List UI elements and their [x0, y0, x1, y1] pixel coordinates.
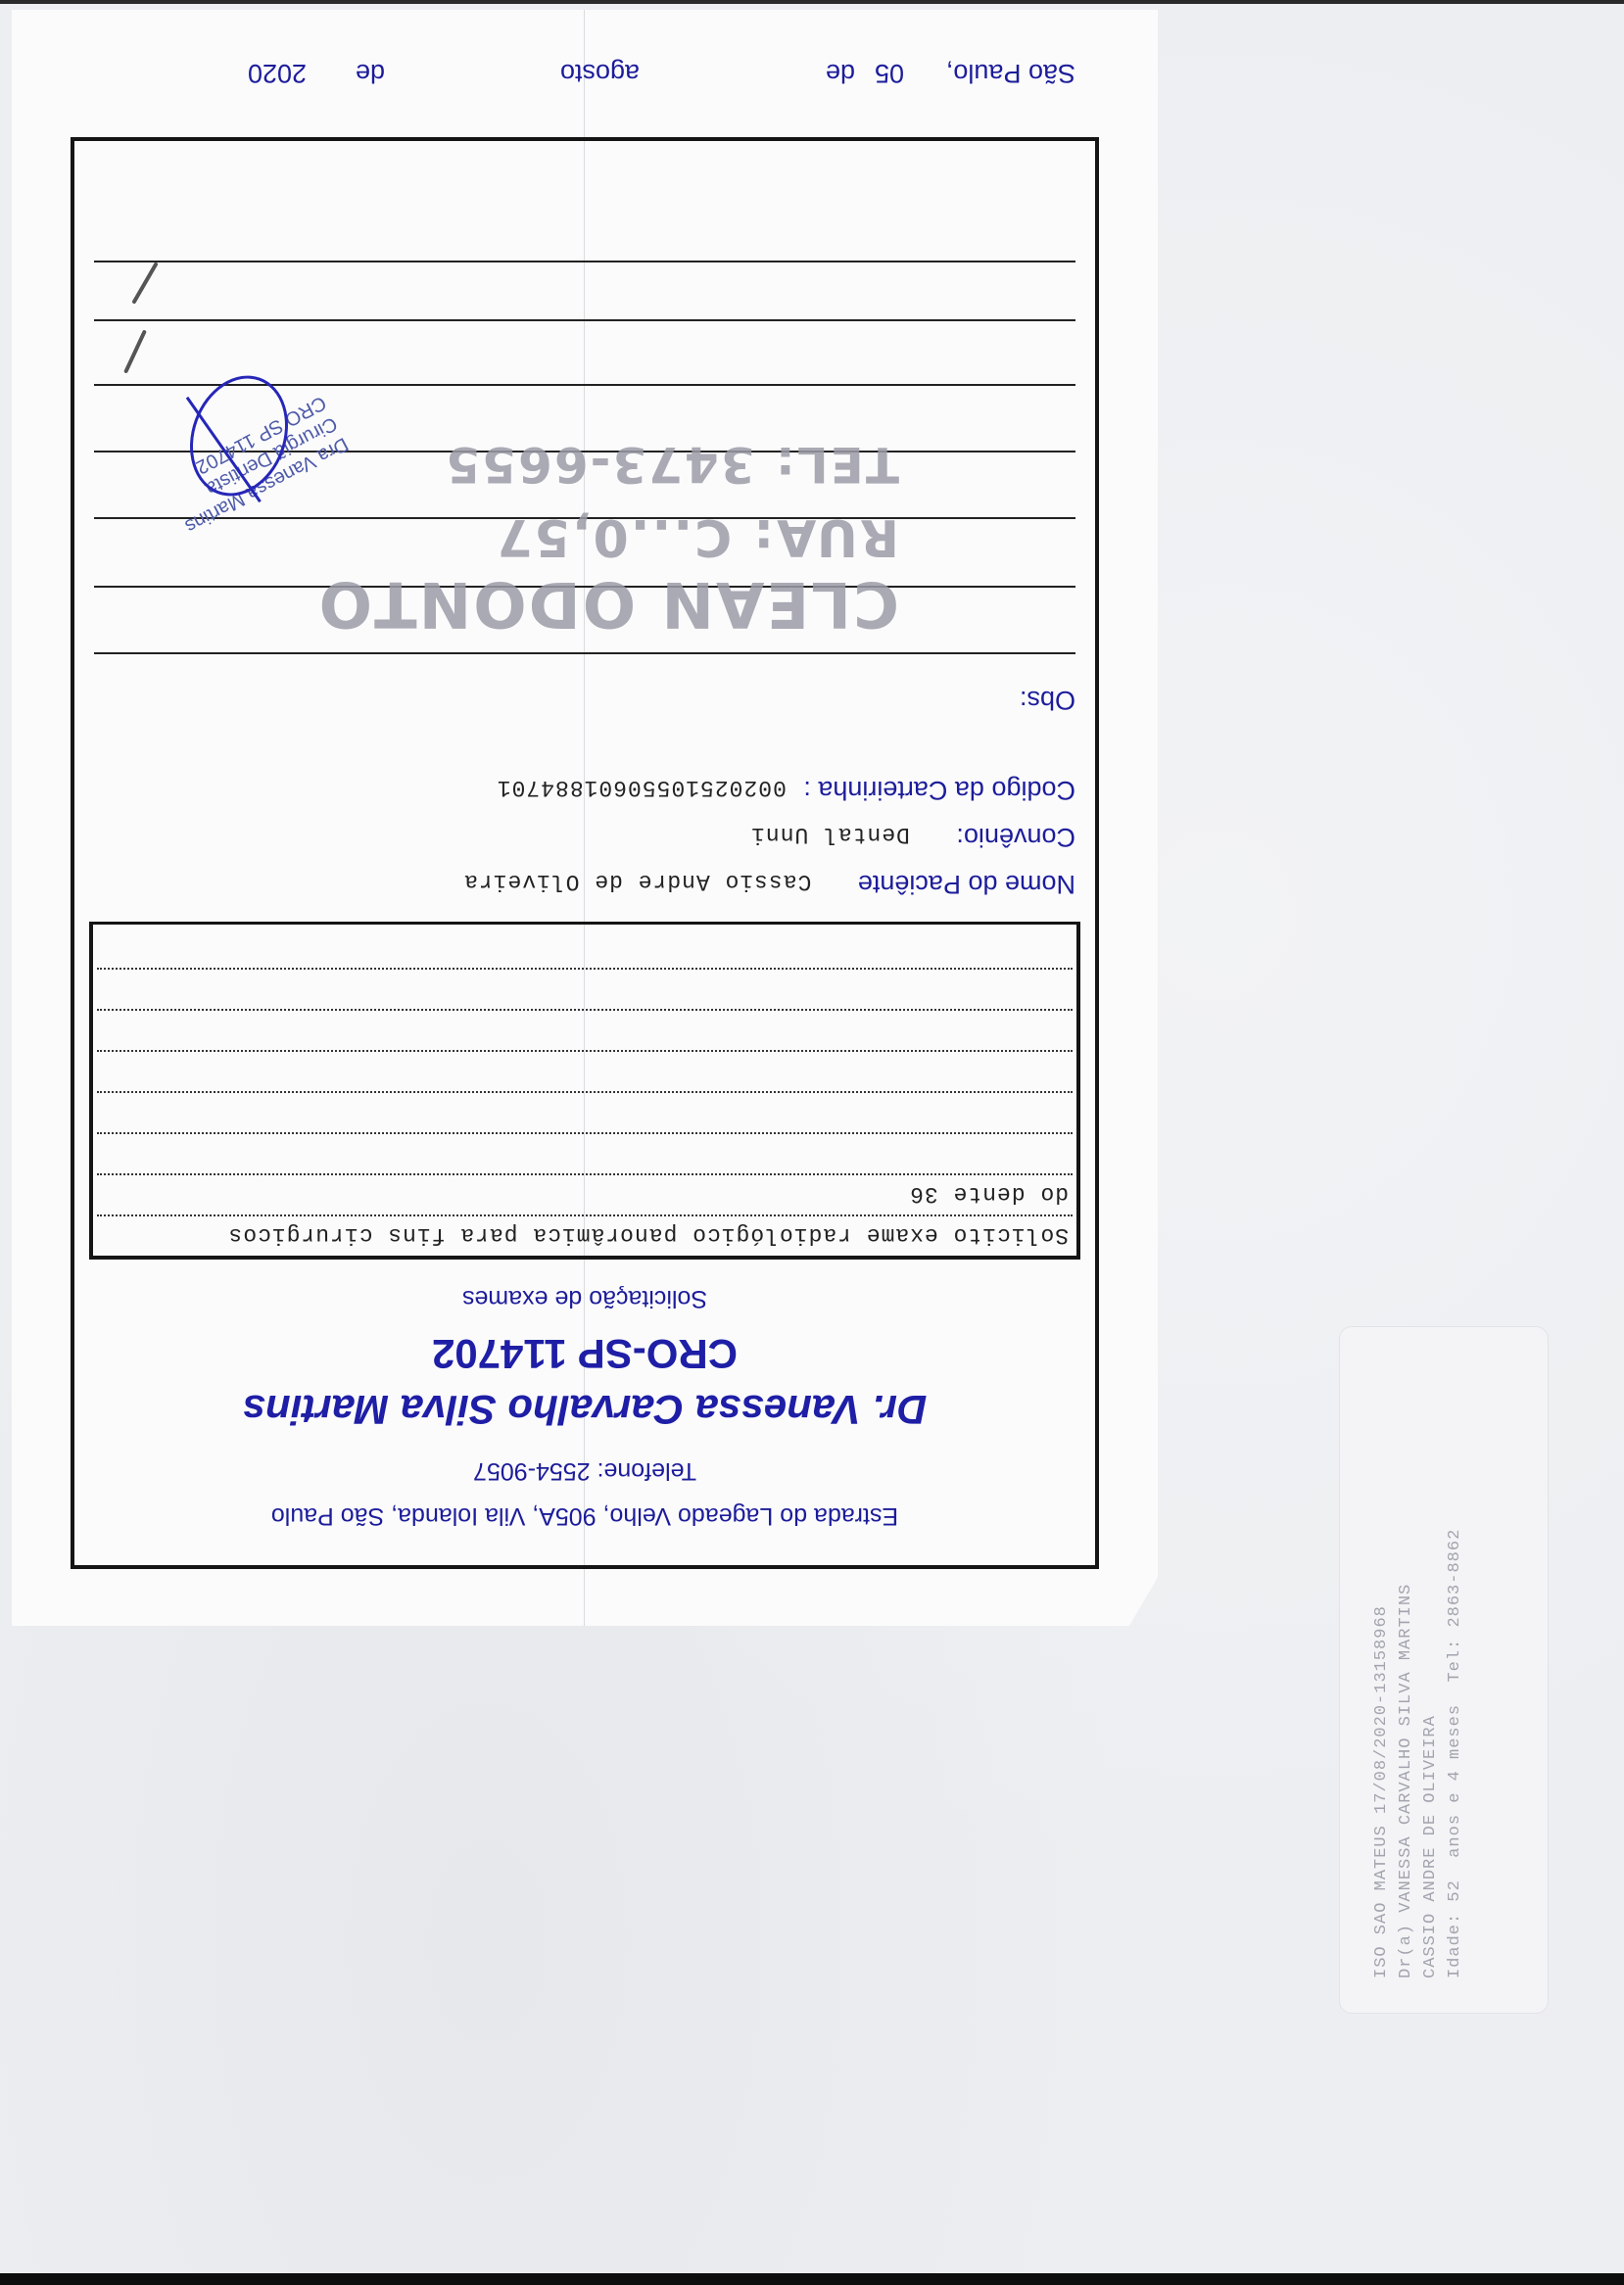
- dotted-line: [97, 1214, 1073, 1216]
- request-line-1: Solicito exame radiológico panorâmica pa…: [227, 1222, 1069, 1248]
- dotted-line: [97, 1173, 1073, 1175]
- obs-line: [94, 261, 1075, 262]
- dotted-line: [97, 1091, 1073, 1093]
- clinic-phone: Telefone: 2554-9057: [74, 1456, 1095, 1485]
- obs-label: Obs:: [1020, 685, 1075, 715]
- dotted-line: [97, 1050, 1073, 1052]
- card-code-label: Codigo da Carteirinha :: [803, 776, 1075, 805]
- sticker-line-4: Idade: 52 anos e 4 meses Tel: 2863-8862: [1443, 1327, 1467, 1978]
- doctor-name: Dr. Vanessa Carvalho Silva Martins: [74, 1386, 1095, 1433]
- form-frame: Estrada do Lageado Velho, 905A, Vila Iol…: [71, 137, 1099, 1569]
- form-title: Solicitação de exames: [74, 1284, 1095, 1312]
- plan-label: Convênio:: [956, 823, 1075, 852]
- clinic-stamp-phone: TEL: 3473-6655: [444, 436, 899, 493]
- clinic-address: Estrada do Lageado Velho, 905A, Vila Iol…: [74, 1501, 1095, 1530]
- clinic-stamp-address: RUA: C...0,57: [496, 507, 900, 566]
- dotted-line: [97, 968, 1073, 970]
- request-box: Solicito exame radiológico panorâmica pa…: [89, 922, 1080, 1260]
- scan-bottom-edge: [0, 2273, 1624, 2285]
- date-year: 2020: [248, 58, 307, 88]
- date-month: agosto: [560, 58, 640, 88]
- patient-name-value: Cassio Andre de Oliveira: [463, 869, 811, 894]
- plan-field: Convênio: Dental Unni: [750, 822, 1075, 852]
- plan-value: Dental Unni: [750, 822, 910, 847]
- staple-mark: [131, 262, 158, 305]
- date-de-2: de: [356, 58, 385, 88]
- patient-sticker-text: ISO SAO MATEUS 17/08/2020-13158968 Dr(a)…: [1340, 1327, 1548, 2013]
- obs-line: [94, 652, 1075, 654]
- obs-line: [94, 319, 1075, 321]
- sticker-line-2: Dr(a) VANESSA CARVALHO SILVA MARTINS: [1394, 1327, 1418, 1978]
- sticker-line-1: ISO SAO MATEUS 17/08/2020-13158968: [1369, 1327, 1394, 1978]
- dotted-line: [97, 1132, 1073, 1134]
- date-day: 05: [875, 58, 904, 88]
- card-code-field: Codigo da Carteirinha : 0020251055060188…: [497, 775, 1075, 805]
- dotted-line: [97, 1009, 1073, 1011]
- patient-name-label: Nome do Paciênte: [858, 870, 1075, 899]
- request-line-2: do dente 36: [909, 1181, 1069, 1207]
- date-city: São Paulo,: [946, 58, 1075, 88]
- sticker-line-3: CASSIO ANDRE DE OLIVEIRA: [1418, 1327, 1443, 1978]
- clinic-stamp-name: CLEAN ODONTO: [317, 567, 899, 640]
- cro-number: CRO-SP 114702: [74, 1330, 1095, 1377]
- exam-request-form: Estrada do Lageado Velho, 905A, Vila Iol…: [12, 10, 1158, 1626]
- card-code-value: 00202510550601884701: [497, 775, 787, 800]
- patient-name-field: Nome do Paciênte Cassio Andre de Oliveir…: [463, 869, 1075, 899]
- date-de-1: de: [826, 58, 855, 88]
- scan-top-edge: [0, 0, 1624, 4]
- staple-mark: [123, 329, 147, 373]
